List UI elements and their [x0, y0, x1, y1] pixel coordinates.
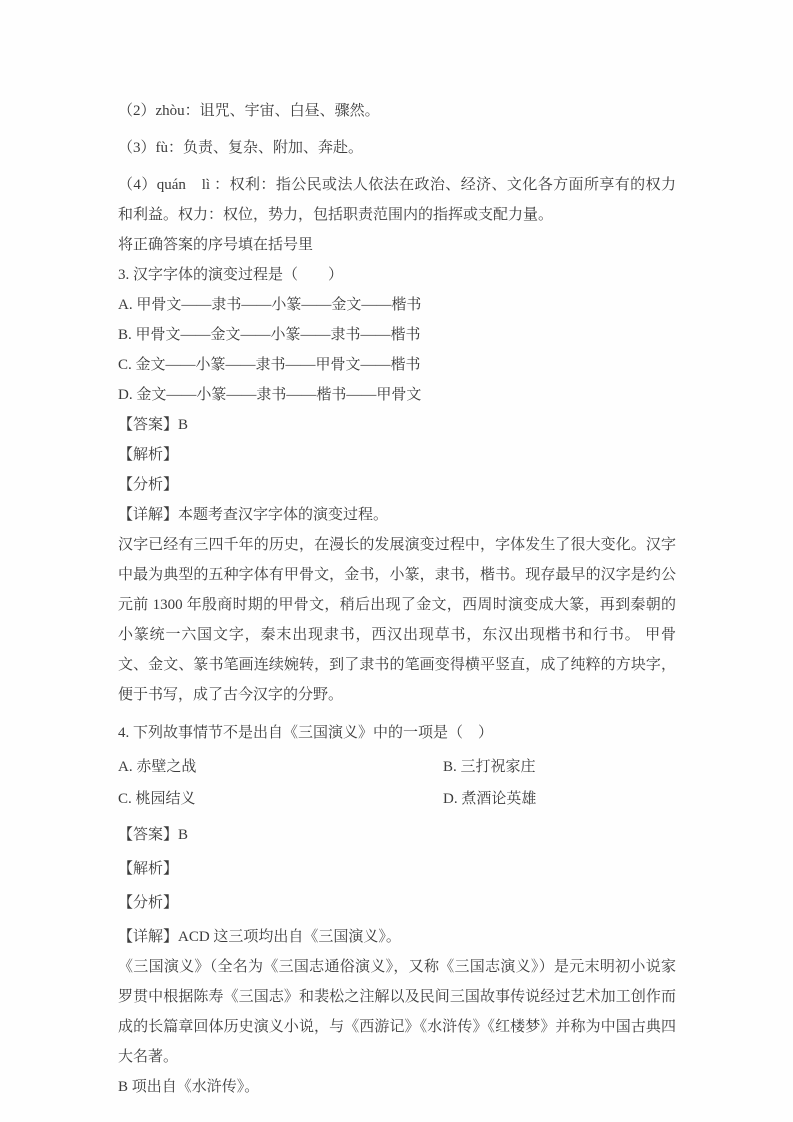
question4-explanation-2: B 项出自《水浒传》。 — [118, 1072, 676, 1102]
question3-option-a: A. 甲骨文——隶书——小篆——金文——楷书 — [118, 290, 676, 320]
question4-option-b: B. 三打祝家庄 — [443, 752, 676, 782]
question4-options: A. 赤壁之战 B. 三打祝家庄 C. 桃园结义 D. 煮酒论英雄 — [118, 752, 676, 814]
question4-analysis-label: 【解析】 — [118, 854, 676, 884]
exam-answer-document-page: （2）zhòu：诅咒、宇宙、白昼、骤然。 （3）fù：负责、复杂、附加、奔赴。 … — [0, 0, 793, 1122]
question4-breakdown-label: 【分析】 — [118, 888, 676, 918]
question3-analysis-label: 【解析】 — [118, 440, 676, 470]
question4-option-a: A. 赤壁之战 — [118, 752, 443, 782]
pinyin-item-4: （4）quán lì ：权利：指公民或法人依法在政治、经济、文化各方面所享有的权… — [118, 170, 676, 230]
question4-option-c: C. 桃园结义 — [118, 784, 443, 814]
pinyin-item-2: （2）zhòu：诅咒、宇宙、白昼、骤然。 — [118, 96, 676, 126]
question3-breakdown-label: 【分析】 — [118, 470, 676, 500]
question3-explanation: 汉字已经有三四千年的历史，在漫长的发展演变过程中，字体发生了很大变化。汉字中最为… — [118, 530, 676, 710]
question3-answer: 【答案】B — [118, 410, 676, 440]
question3-option-d: D. 金文——小篆——隶书——楷书——甲骨文 — [118, 380, 676, 410]
question3-detail-heading: 【详解】本题考查汉字字体的演变过程。 — [118, 500, 676, 530]
question4-explanation-1: 《三国演义》（全名为《三国志通俗演义》，又称《三国志演义》）是元末明初小说家罗贯… — [118, 952, 676, 1072]
question4-option-d: D. 煮酒论英雄 — [443, 784, 676, 814]
question4-answer: 【答案】B — [118, 820, 676, 850]
question4-stem: 4. 下列故事情节不是出自《三国演义》中的一项是（ ） — [118, 718, 676, 748]
question3-stem: 3. 汉字字体的演变过程是（ ） — [118, 260, 676, 290]
question3-option-b: B. 甲骨文——金文——小篆——隶书——楷书 — [118, 320, 676, 350]
fill-answer-instruction: 将正确答案的序号填在括号里 — [118, 230, 676, 260]
question3-option-c: C. 金文——小篆——隶书——甲骨文——楷书 — [118, 350, 676, 380]
question4-detail-heading: 【详解】ACD 这三项均出自《三国演义》。 — [118, 922, 676, 952]
pinyin-item-3: （3）fù：负责、复杂、附加、奔赴。 — [118, 133, 676, 163]
